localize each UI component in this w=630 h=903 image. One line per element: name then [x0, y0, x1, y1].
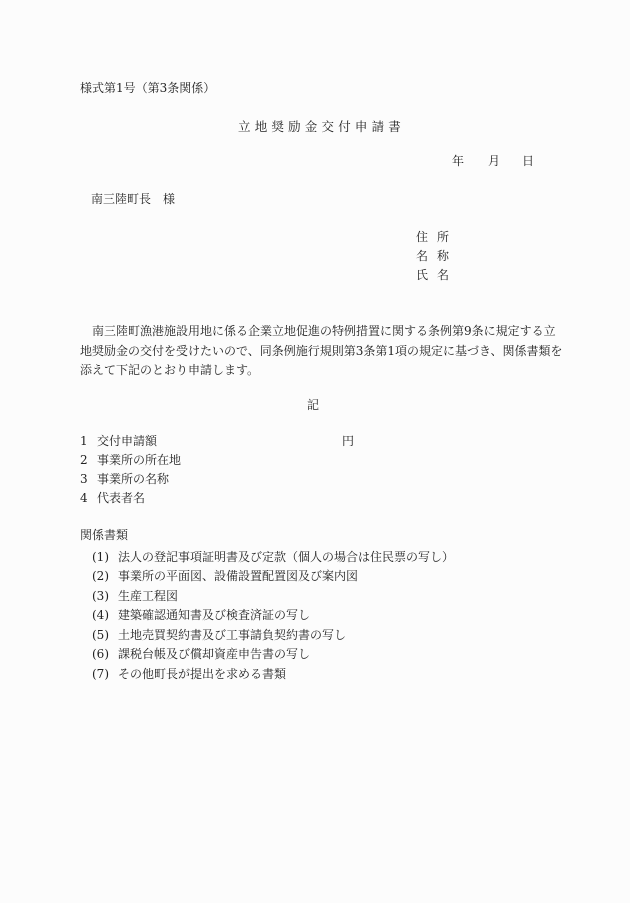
doc-text: 生産工程図 [118, 590, 178, 602]
field-label-char: 名 [437, 269, 449, 288]
applicant-address-field: 住 所 [416, 231, 449, 250]
addressee-name: 南三陸町長 [91, 192, 151, 206]
application-items: 1 交付申請額 円 2 事業所の所在地 3 事業所の名称 4 代表者名 [80, 435, 181, 511]
addressee-honorific: 様 [163, 192, 175, 206]
doc-list-item: (1) 法人の登記事項証明書及び定款（個人の場合は住民票の写し） [92, 547, 454, 567]
doc-list-item: (4) 建築確認通知書及び検査済証の写し [92, 606, 454, 626]
doc-list-item: (7) その他町長が提出を求める書類 [92, 664, 454, 684]
doc-list-item: (5) 土地売買契約書及び工事請負契約書の写し [92, 625, 454, 645]
applicant-company-name-field: 名 称 [416, 250, 449, 269]
item-label: 事業所の所在地 [97, 454, 181, 473]
item-row: 3 事業所の名称 [80, 473, 181, 492]
item-number: 2 [80, 454, 97, 473]
body-line: 添えて下記のとおり申請します。 [80, 361, 550, 381]
item-row: 4 代表者名 [80, 492, 181, 511]
application-body: 南三陸町漁港施設用地に係る企業立地促進の特例措置に関する条例第9条に規定する立 … [80, 322, 550, 381]
doc-number: (5) [92, 629, 118, 641]
item-label: 事業所の名称 [97, 473, 169, 492]
date-day-label: 日 [522, 155, 534, 167]
doc-list-item: (3) 生産工程図 [92, 586, 454, 606]
applicant-fields: 住 所 名 称 氏 名 [416, 231, 449, 288]
ki-heading: 記 [307, 399, 319, 411]
body-line: 南三陸町漁港施設用地に係る企業立地促進の特例措置に関する条例第9条に規定する立 [80, 322, 550, 342]
item-number: 1 [80, 435, 97, 454]
doc-number: (2) [92, 570, 118, 582]
date-line: 年 月 日 [452, 155, 534, 167]
doc-list-item: (6) 課税台帳及び償却資産申告書の写し [92, 645, 454, 665]
item-row: 2 事業所の所在地 [80, 454, 181, 473]
item-unit: 円 [342, 435, 354, 447]
applicant-person-name-field: 氏 名 [416, 269, 449, 288]
form-number: 様式第1号（第3条関係） [80, 82, 215, 94]
date-month-label: 月 [488, 155, 522, 167]
field-label-char: 住 [416, 231, 437, 250]
doc-text: その他町長が提出を求める書類 [118, 668, 286, 680]
body-line: 地奨励金の交付を受けたいので、同条例施行規則第3条第1項の規定に基づき、関係書類… [80, 342, 550, 362]
related-docs-list: (1) 法人の登記事項証明書及び定款（個人の場合は住民票の写し） (2) 事業所… [92, 547, 454, 684]
field-label-char: 氏 [416, 269, 437, 288]
doc-text: 土地売買契約書及び工事請負契約書の写し [118, 629, 346, 641]
doc-number: (4) [92, 609, 118, 621]
item-row: 1 交付申請額 円 [80, 435, 181, 454]
doc-number: (6) [92, 648, 118, 660]
doc-text: 建築確認通知書及び検査済証の写し [118, 609, 310, 621]
doc-number: (1) [92, 551, 118, 563]
item-label: 交付申請額 [97, 435, 157, 454]
doc-number: (7) [92, 668, 118, 680]
doc-text: 課税台帳及び償却資産申告書の写し [118, 648, 310, 660]
document-title: 立地奨励金交付申請書 [238, 121, 405, 134]
field-label-char: 所 [437, 231, 449, 250]
item-number: 3 [80, 473, 97, 492]
item-number: 4 [80, 492, 97, 511]
doc-number: (3) [92, 590, 118, 602]
doc-list-item: (2) 事業所の平面図、設備設置配置図及び案内図 [92, 567, 454, 587]
related-docs-heading: 関係書類 [80, 529, 128, 541]
addressee: 南三陸町長様 [91, 193, 175, 205]
field-label-char: 名 [416, 250, 437, 269]
doc-text: 事業所の平面図、設備設置配置図及び案内図 [118, 570, 358, 582]
item-label: 代表者名 [97, 492, 145, 511]
doc-text: 法人の登記事項証明書及び定款（個人の場合は住民票の写し） [118, 551, 454, 563]
date-year-label: 年 [452, 155, 488, 167]
field-label-char: 称 [437, 250, 449, 269]
